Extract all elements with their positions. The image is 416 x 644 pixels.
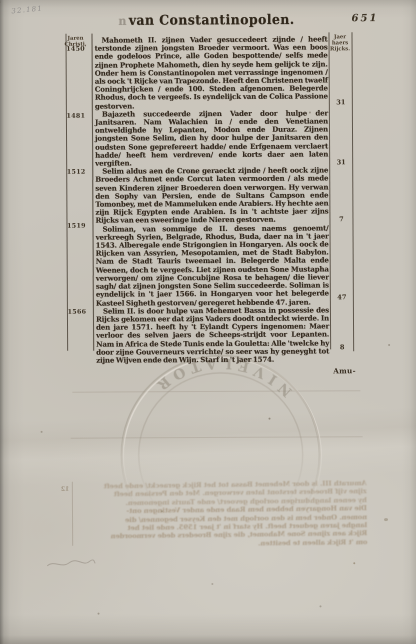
embossed-stamp: NIVELATOR [105,339,336,570]
catchword: Amu- [333,366,356,375]
reign-years-label: 31 [332,159,350,167]
table-rule-inner-left [91,34,94,351]
page-content: 32.181 nvan Constantinopolen. 651 Jaren … [0,0,416,644]
reign-column-header: Jaer haers Rijcks. [329,34,350,52]
table-rule-outer-right [351,32,354,351]
chronicle-paragraph: Selim aldus aen de Crone geraeckt zijnde… [95,167,328,226]
reign-years-label: 47 [333,293,351,301]
page-number: 651 [352,13,379,24]
reign-years-label: 7 [332,215,350,223]
ink-speck [384,518,388,521]
table-row: 1566 Selim II. is door hulpe van Mehemet… [96,306,329,365]
table-row: 1519 Soliman, van sommige de II. deses n… [95,224,328,307]
book-page-scan: 32.181 nvan Constantinopolen. 651 Jaren … [0,0,416,644]
ink-show-through-mark: n [118,14,126,28]
stamp-circle-icon: NIVELATOR [105,339,336,570]
table-row: 1512 Selim aldus aen de Crone geraeckt z… [95,167,328,226]
chronicle-paragraph: Soliman, van sommige de II. deses naems … [95,224,328,307]
handwriting-mark [45,557,97,573]
table-row: 1450 Mahometh II. zijnen Vader gesuccede… [95,35,328,110]
table-rule-outer-left [65,34,68,351]
chronicle-rows: 1450 Mahometh II. zijnen Vader gesuccede… [95,35,330,364]
table-row: 1481 Bajazeth succedeerde zijnen Vader d… [95,109,328,168]
chronicle-paragraph: Bajazeth succedeerde zijnen Vader door h… [95,109,328,168]
show-through-margin-mark: 12 [61,486,69,493]
page-title: van Constantinopolen. [129,11,295,28]
reign-years-label: 31 [332,98,350,106]
chronicle-paragraph: Mahometh II. zijnen Vader gesuccedeert z… [95,35,328,110]
reign-years-label: 8 [333,343,351,351]
chronicle-paragraph: Selim II. is door hulpe van Mehemet Bass… [96,306,329,365]
